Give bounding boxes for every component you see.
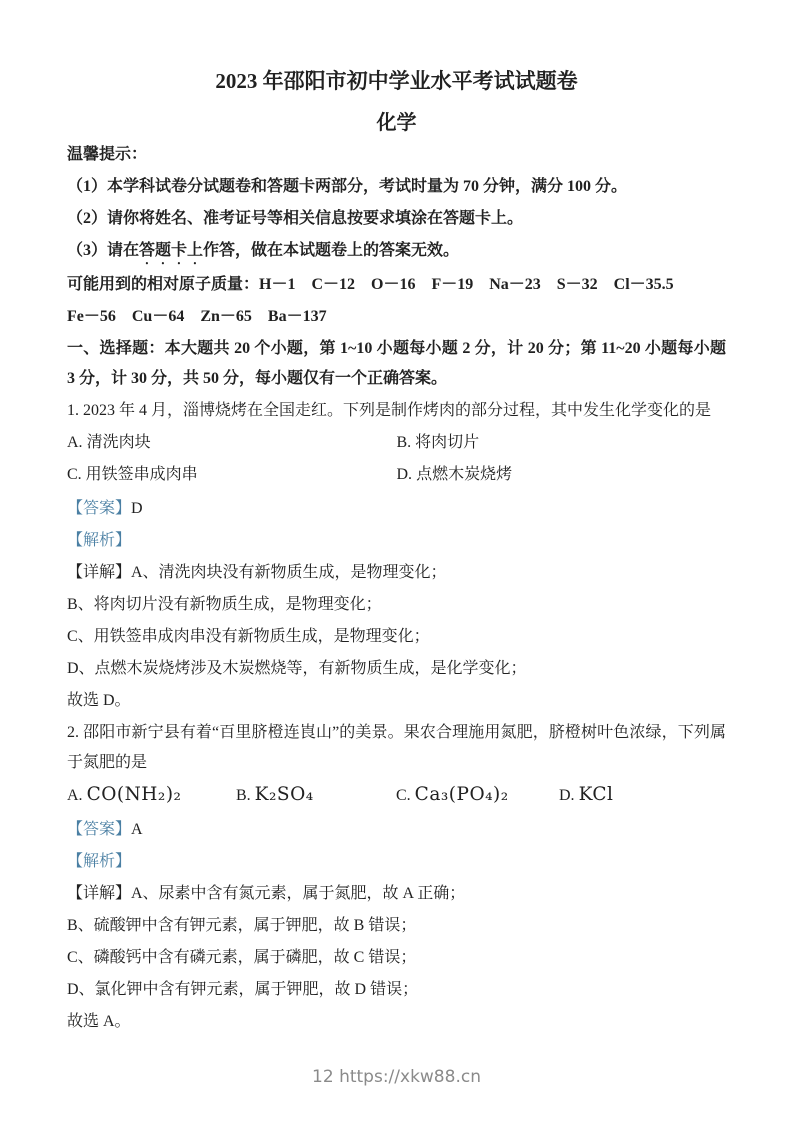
options-row: A. CO(NH₂)₂ B. K₂SO₄ C. Ca₃(PO₄)₂ D. KCl <box>67 780 726 813</box>
option-text: 点燃木炭烧烤 <box>416 466 512 483</box>
tips-heading: 温馨提示： <box>67 140 726 170</box>
details-block: 【详解】A、尿素中含有氮元素，属于氮肥，故 A 正确； B、硫酸钾中含有钾元素，… <box>67 879 726 1037</box>
option-item: D. 点燃木炭烧烤 <box>397 460 727 490</box>
answer-line: 【答案】A <box>67 815 726 845</box>
option-text: 用铁签串成肉串 <box>86 466 198 483</box>
tip-3-post: 作答，做在本试题卷上的答案无效。 <box>203 242 459 259</box>
detail-line: D、点燃木炭烧烤涉及木炭燃烧等，有新物质生成，是化学变化； <box>67 654 726 684</box>
analysis-line: 【解析】 <box>67 526 726 556</box>
analysis-label: 【解析】 <box>67 853 131 870</box>
tip-1: （1）本学科试卷分试题卷和答题卡两部分，考试时量为 70 分钟，满分 100 分… <box>67 172 726 202</box>
option-item: B. K₂SO₄ <box>236 780 396 811</box>
option-label: B. <box>236 787 251 804</box>
question-stem: 1. 2023 年 4 月，淄博烧烤在全国走红。下列是制作烤肉的部分过程，其中发… <box>67 396 726 426</box>
analysis-label: 【解析】 <box>67 532 131 549</box>
option-item: C. 用铁签串成肉串 <box>67 460 397 490</box>
option-label: C. <box>67 466 82 483</box>
question-block: 2. 邵阳市新宁县有着“百里脐橙连崀山”的美景。果农合理施用氮肥，脐橙树叶色浓绿… <box>67 718 726 1037</box>
tip-3: （3）请在答题卡上作答，做在本试题卷上的答案无效。 <box>67 236 726 268</box>
tip-3-emphasis: 答题卡上 <box>139 242 203 259</box>
page-footer: 12 https://xkw88.cn <box>67 1067 726 1087</box>
option-label: C. <box>396 787 411 804</box>
option-label: D. <box>559 787 575 804</box>
questions-container: 1. 2023 年 4 月，淄博烧烤在全国走红。下列是制作烤肉的部分过程，其中发… <box>67 396 726 1037</box>
answer-value: A <box>131 821 143 838</box>
answer-label: 【答案】 <box>67 500 131 517</box>
answer-value: D <box>131 500 143 517</box>
detail-line: 故选 A。 <box>67 1007 726 1037</box>
option-item: A. 清洗肉块 <box>67 428 397 458</box>
subject-title: 化学 <box>67 108 726 138</box>
section-title: 一、选择题：本大题共 20 个小题，第 1~10 小题每小题 2 分，计 20 … <box>67 334 726 394</box>
footer-text: 12 https://xkw88.cn <box>312 1067 481 1087</box>
answer-label: 【答案】 <box>67 821 131 838</box>
detail-line: 【详解】A、清洗肉块没有新物质生成，是物理变化； <box>67 558 726 588</box>
page-title: 2023 年邵阳市初中学业水平考试试题卷 <box>67 66 726 96</box>
answer-line: 【答案】D <box>67 494 726 524</box>
question-block: 1. 2023 年 4 月，淄博烧烤在全国走红。下列是制作烤肉的部分过程，其中发… <box>67 396 726 716</box>
options-row: A. 清洗肉块 B. 将肉切片 C. 用铁签串成肉串 D. 点燃木炭烧烤 <box>67 428 726 492</box>
option-label: A. <box>67 434 83 451</box>
tip-3-pre: （3）请在 <box>67 242 139 259</box>
option-item: D. KCl <box>559 780 726 811</box>
atomic-mass-line-2: Fe－56 Cu－64 Zn－65 Ba－137 <box>67 302 726 332</box>
detail-line: 【详解】A、尿素中含有氮元素，属于氮肥，故 A 正确； <box>67 879 726 909</box>
option-label: A. <box>67 787 83 804</box>
option-label: B. <box>397 434 412 451</box>
detail-line: 故选 D。 <box>67 686 726 716</box>
option-text: KCl <box>579 784 614 805</box>
question-stem: 2. 邵阳市新宁县有着“百里脐橙连崀山”的美景。果农合理施用氮肥，脐橙树叶色浓绿… <box>67 718 726 778</box>
detail-line: B、将肉切片没有新物质生成，是物理变化； <box>67 590 726 620</box>
option-item: A. CO(NH₂)₂ <box>67 780 236 811</box>
option-item: B. 将肉切片 <box>397 428 727 458</box>
option-text: CO(NH₂)₂ <box>87 784 182 805</box>
tip-2: （2）请你将姓名、准考证号等相关信息按要求填涂在答题卡上。 <box>67 204 726 234</box>
option-item: C. Ca₃(PO₄)₂ <box>396 780 559 811</box>
atomic-mass-line-1: 可能用到的相对原子质量：H－1 C－12 O－16 F－19 Na－23 S－3… <box>67 270 726 300</box>
analysis-line: 【解析】 <box>67 847 726 877</box>
detail-line: C、磷酸钙中含有磷元素，属于磷肥，故 C 错误； <box>67 943 726 973</box>
option-text: Ca₃(PO₄)₂ <box>415 784 509 805</box>
detail-line: D、氯化钾中含有钾元素，属于钾肥，故 D 错误； <box>67 975 726 1005</box>
detail-line: C、用铁签串成肉串没有新物质生成，是物理变化； <box>67 622 726 652</box>
option-text: 清洗肉块 <box>87 434 151 451</box>
details-block: 【详解】A、清洗肉块没有新物质生成，是物理变化； B、将肉切片没有新物质生成，是… <box>67 558 726 716</box>
detail-line: B、硫酸钾中含有钾元素，属于钾肥，故 B 错误； <box>67 911 726 941</box>
option-label: D. <box>397 466 413 483</box>
option-text: K₂SO₄ <box>255 784 314 805</box>
exam-paper-page: 2023 年邵阳市初中学业水平考试试题卷 化学 温馨提示： （1）本学科试卷分试… <box>0 0 793 1122</box>
option-text: 将肉切片 <box>415 434 479 451</box>
